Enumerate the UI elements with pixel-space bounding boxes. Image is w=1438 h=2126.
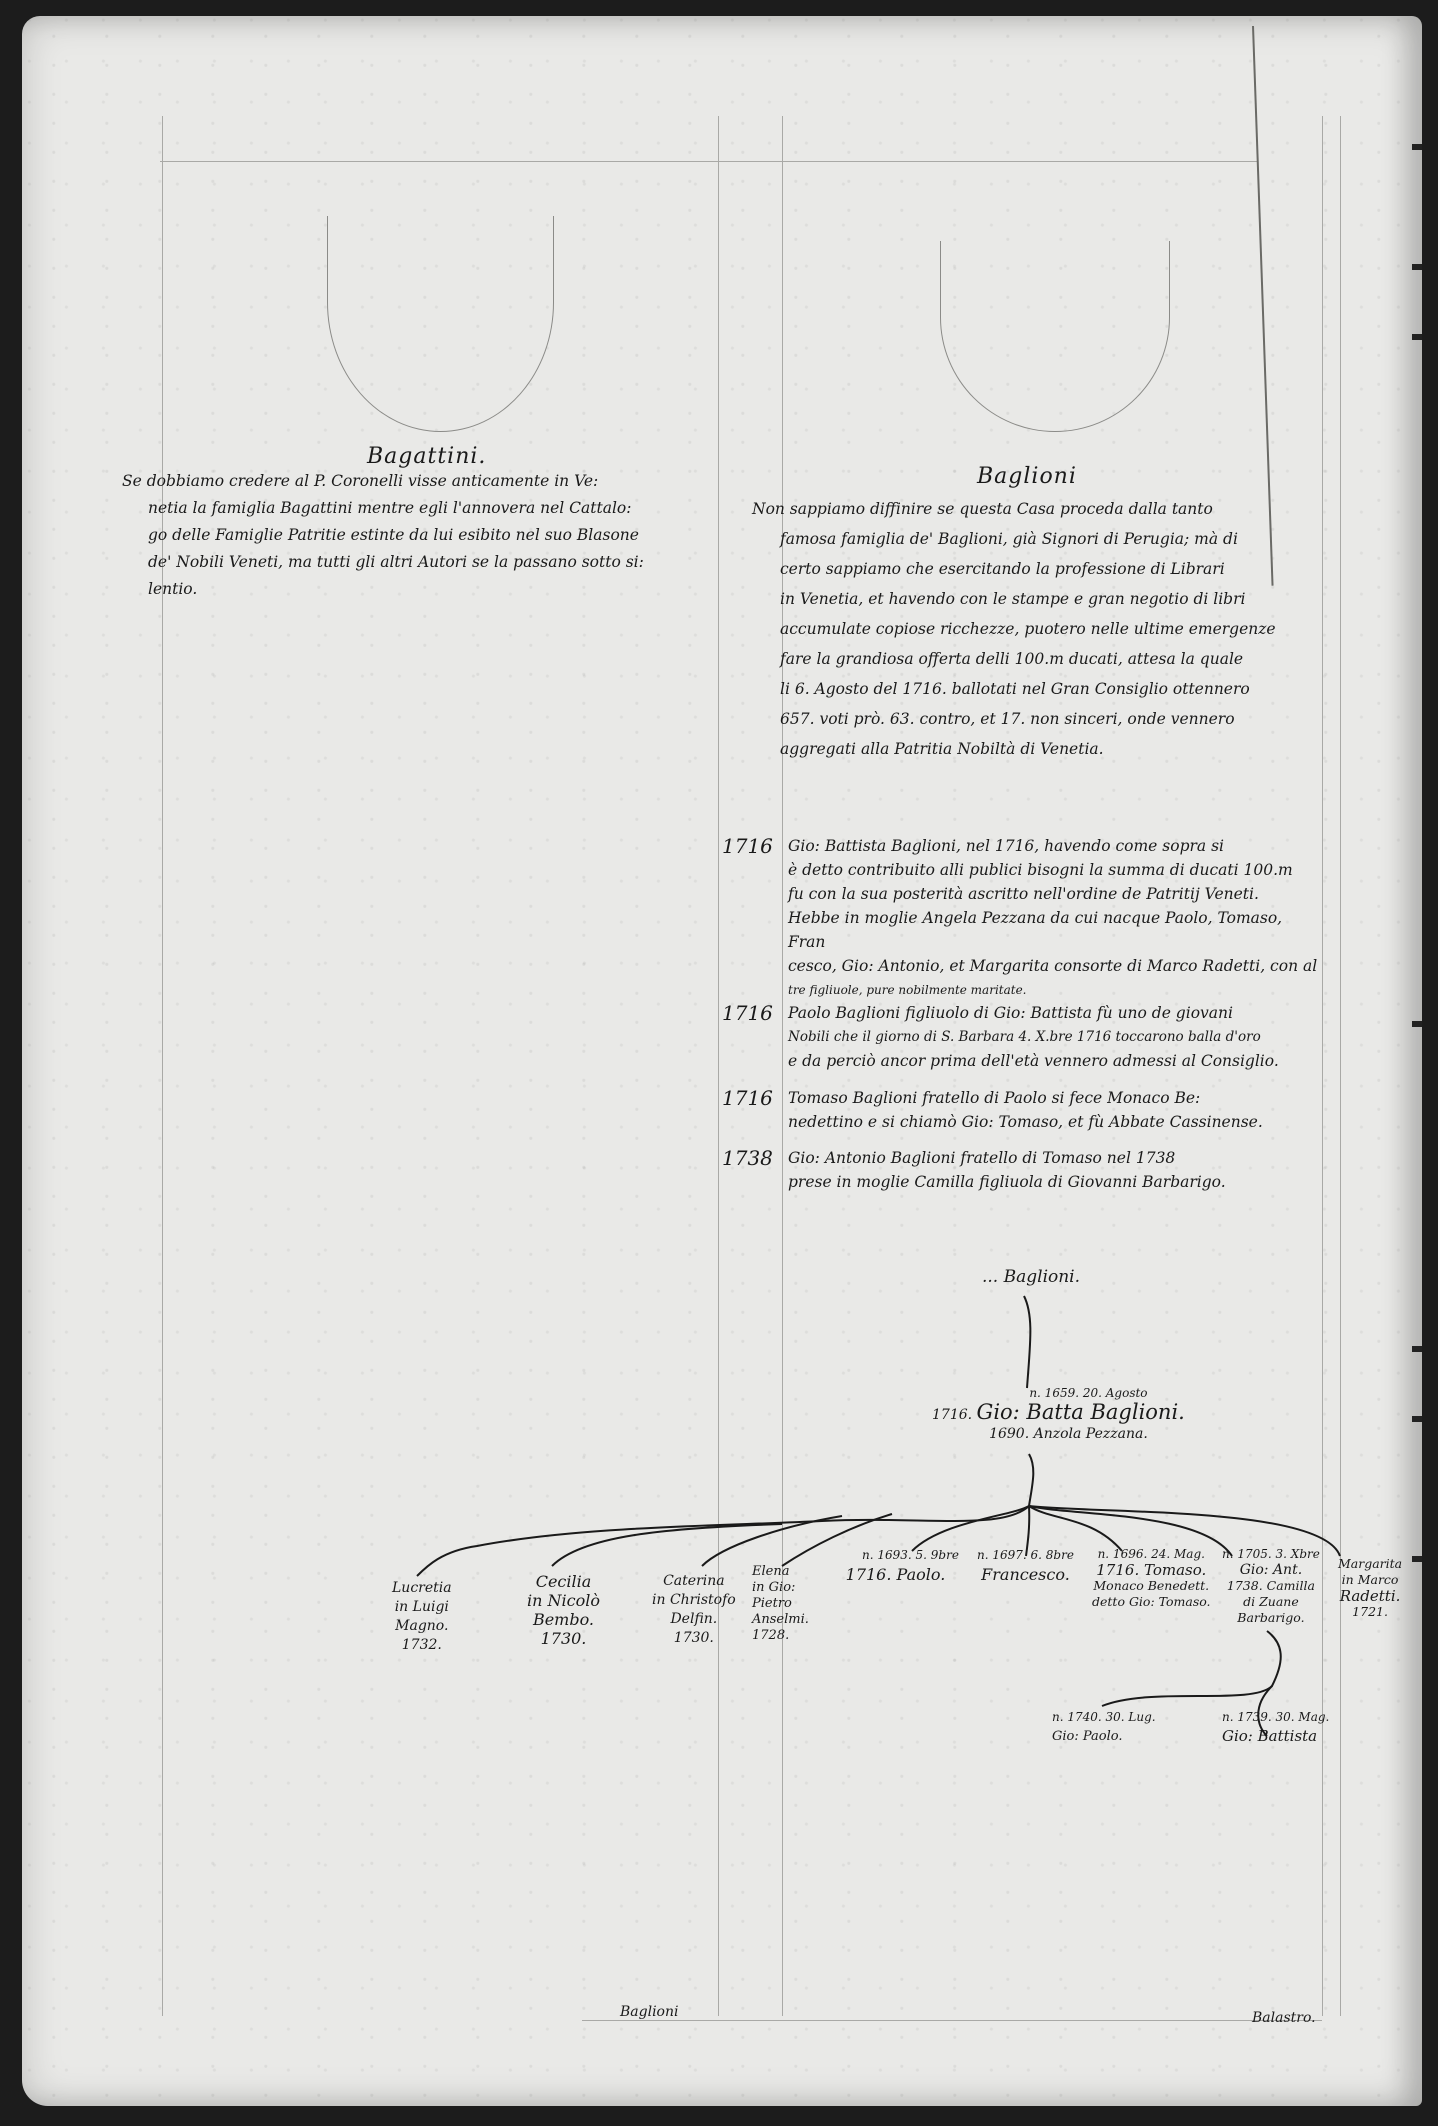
tree-child-margarita: Margarita in Marco Radetti. 1721. <box>1338 1556 1402 1620</box>
grandchild-birth: n. 1739. 30. Mag. <box>1222 1708 1329 1727</box>
child-line: 1728. <box>752 1628 809 1644</box>
child-line: in Christofo <box>652 1591 736 1610</box>
child-line: Monaco Benedett. <box>1092 1578 1211 1594</box>
child-line: in Luigi <box>392 1598 452 1617</box>
child-line: Cecilia <box>527 1572 600 1591</box>
head-spouse: 1690. Anzola Pezzana. <box>932 1425 1185 1444</box>
grandchild-name: Gio: Paolo. <box>1052 1727 1156 1746</box>
child-line: detto Gio: Tomaso. <box>1092 1594 1211 1610</box>
binding-tab <box>1412 264 1422 270</box>
grandchild-name: Gio: Battista <box>1222 1727 1329 1746</box>
tree-child-francesco: n. 1697. 6. 8bre Francesco. <box>977 1546 1074 1584</box>
footer-catchword-left: Baglioni <box>620 2004 678 2020</box>
child-line: Elena <box>752 1564 809 1580</box>
grandchild-birth: n. 1740. 30. Lug. <box>1052 1708 1156 1727</box>
child-line: Francesco. <box>977 1565 1074 1584</box>
binding-tab <box>1412 144 1422 150</box>
tree-child-caterina: Caterina in Christofo Delfin. 1730. <box>652 1572 736 1648</box>
binding-tab <box>1412 1416 1422 1422</box>
binding-tab <box>1412 334 1422 340</box>
binding-tab <box>1412 1021 1422 1027</box>
head-name: Gio: Batta Baglioni. <box>977 1400 1185 1424</box>
child-birth: n. 1693. 5. 9bre <box>832 1546 959 1565</box>
binding-tab <box>1412 1346 1422 1352</box>
child-line: 1721. <box>1338 1604 1402 1620</box>
tree-grandchild-gio-battista: n. 1739. 30. Mag. Gio: Battista <box>1222 1708 1329 1746</box>
child-line: Margarita <box>1338 1556 1402 1572</box>
tree-child-elena: Elena in Gio: Pietro Anselmi. 1728. <box>752 1564 809 1644</box>
child-line: Delfin. <box>652 1610 736 1629</box>
child-line: Caterina <box>652 1572 736 1591</box>
child-line: Magno. <box>392 1617 452 1636</box>
child-birth: n. 1696. 24. Mag. <box>1092 1546 1211 1562</box>
child-line: in Gio: <box>752 1580 809 1596</box>
child-line: 1732. <box>392 1636 452 1655</box>
child-birth: n. 1705. 3. Xbre <box>1222 1546 1320 1562</box>
child-line: in Marco <box>1338 1572 1402 1588</box>
child-line: Lucretia <box>392 1579 452 1598</box>
child-line: Bembo. <box>527 1610 600 1629</box>
manuscript-page: Bagattini. Se dobbiamo credere al P. Cor… <box>22 16 1422 2106</box>
child-line: 1730. <box>652 1629 736 1648</box>
child-line: 1738. Camilla <box>1222 1578 1320 1594</box>
family-tree-connectors <box>22 16 1422 2106</box>
tree-child-lucretia: Lucretia in Luigi Magno. 1732. <box>392 1579 452 1655</box>
tree-child-cecilia: Cecilia in Nicolò Bembo. 1730. <box>527 1572 600 1648</box>
child-line: Anselmi. <box>752 1612 809 1628</box>
tree-head: n. 1659. 20. Agosto 1716. Gio: Batta Bag… <box>932 1384 1185 1444</box>
child-birth: n. 1697. 6. 8bre <box>977 1546 1074 1565</box>
binding-tab <box>1412 1556 1422 1562</box>
tree-grandchild-gio-paolo: n. 1740. 30. Lug. Gio: Paolo. <box>1052 1708 1156 1746</box>
tree-root: ... Baglioni. <box>982 1268 1080 1287</box>
child-line: Barbarigo. <box>1222 1610 1320 1626</box>
tree-child-paolo: n. 1693. 5. 9bre 1716. Paolo. <box>832 1546 959 1584</box>
child-line: 1716. Paolo. <box>832 1565 959 1584</box>
tree-child-gio-antonio: n. 1705. 3. Xbre Gio: Ant. 1738. Camilla… <box>1222 1546 1320 1626</box>
child-line: Pietro <box>752 1596 809 1612</box>
footer-catchword-right: Balastro. <box>1252 2010 1316 2026</box>
child-line: 1716. Tomaso. <box>1092 1562 1211 1578</box>
tree-child-tomaso: n. 1696. 24. Mag. 1716. Tomaso. Monaco B… <box>1092 1546 1211 1610</box>
child-line: in Nicolò <box>527 1591 600 1610</box>
child-line: di Zuane <box>1222 1594 1320 1610</box>
child-line: Radetti. <box>1338 1588 1402 1604</box>
child-line: 1730. <box>527 1629 600 1648</box>
head-year: 1716. <box>932 1407 972 1423</box>
child-line: Gio: Ant. <box>1222 1562 1320 1578</box>
